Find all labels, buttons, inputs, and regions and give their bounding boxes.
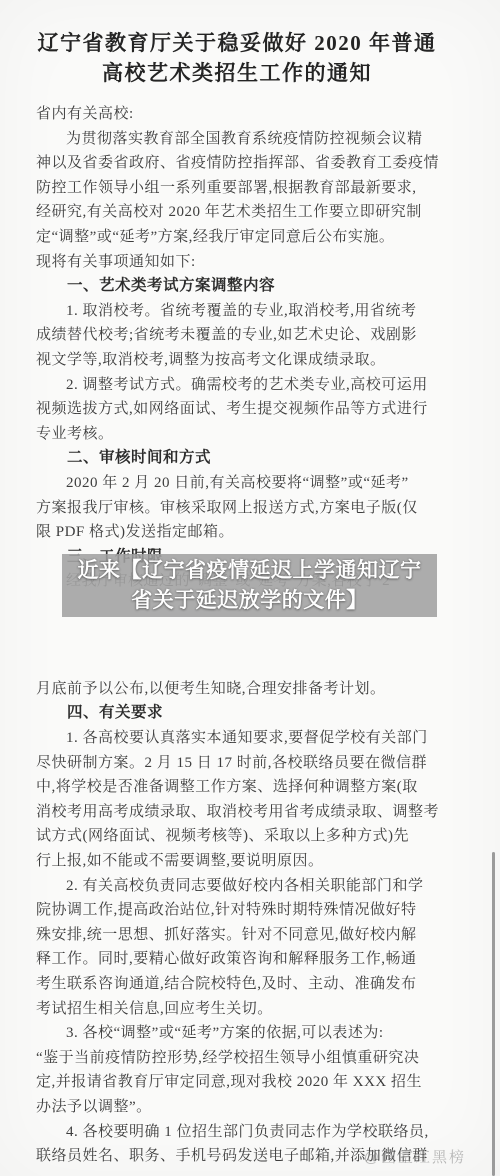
paragraph-review-time: 2020 年 2 月 20 日前,有关高校要将“调整”或“延考”方案报我厅审核。… <box>36 471 438 545</box>
document-title: 辽宁省教育厅关于稳妥做好 2020 年普通 高校艺术类招生工作的通知 <box>36 28 438 88</box>
text-line: 限 PDF 格式)发送指定邮箱。 <box>36 520 438 545</box>
document-title-line1: 辽宁省教育厅关于稳妥做好 2020 年普通 <box>36 28 438 58</box>
text-line: 2020 年 2 月 20 日前,有关高校要将“调整”或“延考” <box>36 471 438 496</box>
text-line: 专业考核。 <box>36 422 438 447</box>
text-line: 1. 取消校考。省统考覆盖的专业,取消校考,用省统考 <box>36 299 438 324</box>
text-line: 试方式(网络面试、视频考核等)、采取以上多种方式)先 <box>36 824 438 849</box>
text-line: 2. 调整考试方式。确需校考的艺术类专业,高校可运用 <box>36 373 438 398</box>
notice-document: 辽宁省教育厅关于稳妥做好 2020 年普通 高校艺术类招生工作的通知 省内有关高… <box>36 28 438 1169</box>
document-photo: 辽宁省教育厅关于稳妥做好 2020 年普通 高校艺术类招生工作的通知 省内有关高… <box>0 0 500 1176</box>
text-line: 2. 有关高校负责同志要做好校内各相关职能部门和学 <box>36 874 438 899</box>
caption-line2: 省关于延迟放学的文件】 <box>62 586 437 616</box>
text-line: 1. 各高校要认真落实本通知要求,要督促学校有关部门 <box>36 726 438 751</box>
section-heading-4: 四、有关要求 <box>36 701 438 726</box>
text-line: 中,将学校是否准备调整工作方案、选择何种调整方案(取 <box>36 775 438 800</box>
watermark: @画室红黑榜 <box>364 1146 466 1167</box>
text-line: 考生联系咨询通道,结合院校特色,及时、主动、准确发布 <box>36 972 438 997</box>
text-line: 方案报我厅审核。审核采取网上报送方式,方案电子版(仅 <box>36 496 438 521</box>
text-line: 月底前予以公布,以便考生知晓,合理安排备考计划。 <box>36 677 438 702</box>
text-line: 4. 各校要明确 1 位招生部门负责同志作为学校联络员, <box>36 1120 438 1145</box>
text-line: 殊安排,统一思想、抓好落实。针对不同意见,做好校内解 <box>36 923 438 948</box>
text-line: 院协调工作,提高政治站位,针对特殊时期特殊情况做好特 <box>36 898 438 923</box>
text-line: 视频选拔方式,如网络面试、考生提交视频作品等方式进行 <box>36 397 438 422</box>
text-line: 尽快研制方案。2 月 15 日 17 时前,各校联络员要在微信群 <box>36 751 438 776</box>
paragraph-continuation: 月底前予以公布,以便考生知晓,合理安排备考计划。 <box>36 677 438 702</box>
text-line: 考试招生相关信息,回应考生关切。 <box>36 997 438 1022</box>
paragraph-adjust-exam-method: 2. 调整考试方式。确需校考的艺术类专业,高校可运用视频选拔方式,如网络面试、考… <box>36 373 438 447</box>
paragraph-requirement-1: 1. 各高校要认真落实本通知要求,要督促学校有关部门尽快研制方案。2 月 15 … <box>36 726 438 874</box>
paragraph-cancel-exam: 1. 取消校考。省统考覆盖的专业,取消校考,用省统考成绩替代校考;省统考未覆盖的… <box>36 299 438 373</box>
text-line: 3. 各校“调整”或“延考”方案的依据,可以表述为: <box>36 1021 438 1046</box>
news-caption-overlay: 近来【辽宁省疫情延迟上学通知辽宁 省关于延迟放学的文件】 <box>62 554 437 617</box>
text-line: 现将有关事项通知如下: <box>36 250 438 275</box>
text-line: 为贯彻落实教育部全国教育系统疫情防控视频会议精 <box>36 127 438 152</box>
scrollbar-thumb[interactable] <box>492 852 495 1176</box>
text-line: 定,并报请省教育厅审定同意,现对我校 2020 年 XXX 招生 <box>36 1070 438 1095</box>
text-line: 消校考用高考成绩录取、取消校考用省考成绩录取、调整考 <box>36 800 438 825</box>
salutation: 省内有关高校: <box>36 102 438 127</box>
text-line: 经研究,有关高校对 2020 年艺术类招生工作要立即研究制 <box>36 200 438 225</box>
text-line: 成绩替代校考;省统考未覆盖的专业,如艺术史论、戏剧影 <box>36 323 438 348</box>
paragraph-requirement-3: 3. 各校“调整”或“延考”方案的依据,可以表述为:“鉴于当前疫情防控形势,经学… <box>36 1021 438 1119</box>
text-line: “鉴于当前疫情防控形势,经学校招生领导小组慎重研究决 <box>36 1046 438 1071</box>
text-line: 防控工作领导小组一系列重要部署,根据教育部最新要求, <box>36 176 438 201</box>
document-title-line2: 高校艺术类招生工作的通知 <box>36 58 438 88</box>
text-line: 视文学等,取消校考,调整为按高考文化课成绩录取。 <box>36 348 438 373</box>
section-heading-1: 一、艺术类考试方案调整内容 <box>36 274 438 299</box>
text-line: 行上报,如不能或不需要调整,要说明原因。 <box>36 849 438 874</box>
text-line: 办法予以调整”。 <box>36 1095 438 1120</box>
text-line: 定“调整”或“延考”方案,经我厅审定同意后公布实施。 <box>36 225 438 250</box>
text-line: 神以及省委省政府、省疫情防控指挥部、省委教育工委疫情 <box>36 151 438 176</box>
paragraph-requirement-2: 2. 有关高校负责同志要做好校内各相关职能部门和学院协调工作,提高政治站位,针对… <box>36 874 438 1022</box>
section-heading-2: 二、审核时间和方式 <box>36 446 438 471</box>
text-line: 释工作。同时,要精心做好政策咨询和解释服务工作,畅通 <box>36 947 438 972</box>
caption-line1: 近来【辽宁省疫情延迟上学通知辽宁 <box>62 556 437 586</box>
obscured-text-zone: 经我厅审核通过的“调整”或“延考”方案,各校于 2 近来【辽宁省疫情延迟上学通知… <box>36 569 438 594</box>
paragraph-intro: 为贯彻落实教育部全国教育系统疫情防控视频会议精神以及省委省政府、省疫情防控指挥部… <box>36 127 438 275</box>
